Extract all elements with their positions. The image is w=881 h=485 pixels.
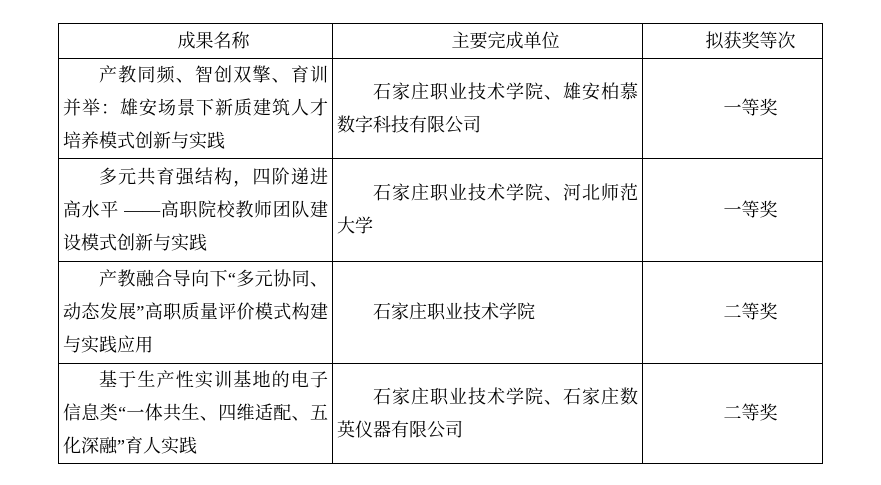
units-cell: 石家庄职业技术学院、河北师范大学 bbox=[333, 159, 643, 262]
achievement-name-cell: 产教同频、智创双擎、育训并举：雄安场景下新质建筑人才培养模式创新与实践 bbox=[59, 59, 333, 159]
award-cell: 一等奖 bbox=[643, 159, 823, 262]
header-main-units: 主要完成单位 bbox=[333, 24, 643, 59]
table-row: 基于生产性实训基地的电子信息类“一体共生、四维适配、五化深融”育人实践 石家庄职… bbox=[59, 364, 823, 464]
award-cell: 二等奖 bbox=[643, 262, 823, 364]
achievement-name-cell: 多元共育强结构，四阶递进高水平 ——高职院校教师团队建设模式创新与实践 bbox=[59, 159, 333, 262]
units-cell: 石家庄职业技术学院、石家庄数英仪器有限公司 bbox=[333, 364, 643, 464]
table-row: 多元共育强结构，四阶递进高水平 ——高职院校教师团队建设模式创新与实践 石家庄职… bbox=[59, 159, 823, 262]
header-row: 成果名称 主要完成单位 拟获奖等次 bbox=[59, 24, 823, 59]
achievement-name-cell: 基于生产性实训基地的电子信息类“一体共生、四维适配、五化深融”育人实践 bbox=[59, 364, 333, 464]
award-cell: 一等奖 bbox=[643, 59, 823, 159]
results-table: 成果名称 主要完成单位 拟获奖等次 产教同频、智创双擎、育训并举：雄安场景下新质… bbox=[58, 23, 823, 464]
table-row: 产教同频、智创双擎、育训并举：雄安场景下新质建筑人才培养模式创新与实践 石家庄职… bbox=[59, 59, 823, 159]
units-cell: 石家庄职业技术学院 bbox=[333, 262, 643, 364]
award-cell: 二等奖 bbox=[643, 364, 823, 464]
units-cell: 石家庄职业技术学院、雄安柏慕数字科技有限公司 bbox=[333, 59, 643, 159]
header-achievement-name: 成果名称 bbox=[59, 24, 333, 59]
achievement-name-cell: 产教融合导向下“多元协同、动态发展”高职质量评价模式构建与实践应用 bbox=[59, 262, 333, 364]
table-row: 产教融合导向下“多元协同、动态发展”高职质量评价模式构建与实践应用 石家庄职业技… bbox=[59, 262, 823, 364]
header-award-level: 拟获奖等次 bbox=[643, 24, 823, 59]
document-page: { "colors": { "background": "#ffffff", "… bbox=[0, 0, 881, 485]
